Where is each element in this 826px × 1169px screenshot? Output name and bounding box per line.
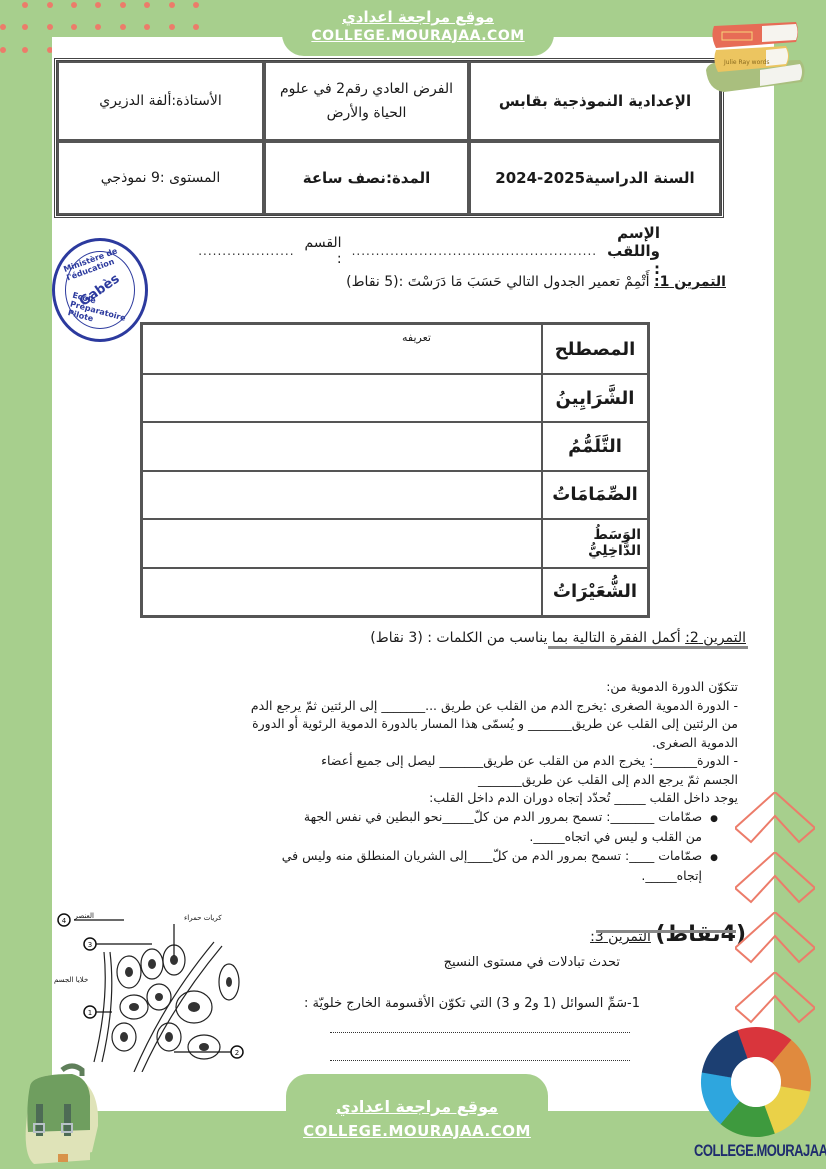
term-cell: الوَسَطُ الدَّاخِلِيُّ bbox=[542, 519, 648, 567]
paragraph-line: - الدورة الدموية الصغرى :يخرج الدم من ال… bbox=[140, 697, 738, 716]
level: المستوى :9 نموذجي bbox=[57, 141, 264, 215]
svg-text:خلايا الجسم: خلايا الجسم bbox=[54, 976, 88, 984]
answer-line[interactable] bbox=[330, 1032, 630, 1033]
definition-cell[interactable] bbox=[142, 568, 542, 616]
exam-title: الفرض العادي رقم2 في علوم الحياة والأرض bbox=[264, 61, 469, 141]
school-year: السنة الدراسية2025-2024 bbox=[469, 141, 721, 215]
site-banner-top[interactable]: موقع مراجعة اعدادي COLLEGE.MOURAJAA.COM bbox=[282, 0, 554, 56]
exercise2-label: التمرين 2: bbox=[685, 630, 746, 646]
term-cell: التَّلَمُّمُ bbox=[542, 422, 648, 470]
term-cell: الشَّرَايِينُ bbox=[542, 374, 648, 422]
paragraph-line: من الرئتين إلى القلب عن طريق_______ و يُ… bbox=[140, 715, 738, 734]
name-label: الإسم واللقب : bbox=[607, 224, 660, 278]
exercise2-instruction: أكمل الفقرة التالية بما يناسب من الكلمات… bbox=[370, 630, 680, 646]
student-info-line: الإسم واللقب : .........................… bbox=[230, 224, 660, 278]
footer-banner-domain[interactable]: COLLEGE.MOURAJAA.COM bbox=[286, 1118, 548, 1144]
svg-text:3: 3 bbox=[88, 941, 92, 949]
site-banner-arabic: موقع مراجعة اعدادي bbox=[282, 8, 554, 26]
terms-table: تعريفه المصطلح الشَّرَايِينُ التَّلَمُّم… bbox=[140, 322, 650, 618]
duration: المدة:نصف ساعة bbox=[264, 141, 469, 215]
chevron-up-icon bbox=[735, 972, 815, 1032]
chevron-up-icon bbox=[735, 852, 815, 912]
bullet-line-cont: إتجاه_____. bbox=[140, 867, 738, 886]
paragraph-line: الجسم ثمّ يرجع الدم إلى القلب عن طريق___… bbox=[140, 771, 738, 790]
paragraph-line: تتكوّن الدورة الدموية من: bbox=[140, 678, 738, 697]
term-cell: الشُّعَيْرَاتُ bbox=[542, 568, 648, 616]
bullet-line: صمّامات ____: تسمح بمرور الدم من كلّ____… bbox=[140, 847, 738, 868]
exercise3-body: تحدث تبادلات في مستوى النسيج 1-سَمِّ الس… bbox=[290, 955, 640, 1011]
definition-cell[interactable] bbox=[142, 471, 542, 519]
paragraph-line: يوجد داخل القلب _____ تُحدّد إتجاه دوران… bbox=[140, 789, 738, 808]
footer-logo-text[interactable]: COLLEGE.MOURAJAA.COM bbox=[694, 1141, 822, 1160]
svg-text:العنصر: العنصر bbox=[74, 912, 95, 920]
paragraph-line: الدموية الصغرى. bbox=[140, 734, 738, 753]
svg-text:1: 1 bbox=[88, 1009, 92, 1017]
definition-cell[interactable] bbox=[142, 422, 542, 470]
school-stamp: Ministère de l'éducation Gabès Ecole Pré… bbox=[52, 238, 148, 342]
exercise3-points: (4نقاط) bbox=[655, 922, 746, 947]
svg-text:4: 4 bbox=[62, 917, 67, 925]
svg-text:2: 2 bbox=[235, 1049, 239, 1057]
definition-cell[interactable] bbox=[142, 519, 542, 567]
tissue-diagram: 3124 العنصر كريات حمراء خلايا الجسم bbox=[54, 912, 244, 1072]
svg-text:كريات حمراء: كريات حمراء bbox=[184, 914, 222, 922]
chevron-up-icon bbox=[735, 792, 815, 852]
site-banner-domain[interactable]: COLLEGE.MOURAJAA.COM bbox=[282, 26, 554, 46]
exam-header-table: الأستاذة:ألفة الدزيري الفرض العادي رقم2 … bbox=[54, 58, 724, 218]
school-name: الإعدادية النموذجية بقابس bbox=[469, 61, 721, 141]
svg-text:Julie Ray words: Julie Ray words bbox=[723, 59, 770, 66]
definition-cell[interactable] bbox=[142, 374, 542, 422]
header-term: المصطلح bbox=[542, 324, 648, 374]
exercise1-title: التمرين 1: أَتْمِمْ تعمير الجدول التالي … bbox=[346, 274, 726, 290]
bullet-line-cont: من القلب و ليس في اتجاه_____. bbox=[140, 828, 738, 847]
class-field[interactable]: .................... bbox=[198, 244, 294, 258]
teacher-name: الأستاذة:ألفة الدزيري bbox=[57, 61, 264, 141]
class-label: القسم : bbox=[305, 235, 342, 267]
exercise1-label: التمرين 1: bbox=[654, 274, 726, 290]
divider bbox=[596, 930, 736, 933]
books-icon: Julie Ray words bbox=[700, 8, 812, 96]
name-field[interactable]: ........................................… bbox=[352, 244, 598, 258]
divider bbox=[548, 646, 748, 649]
term-cell: الصِّمَامَاتُ bbox=[542, 471, 648, 519]
footer-banner-arabic: موقع مراجعة اعدادي bbox=[286, 1096, 548, 1118]
chevron-up-icon bbox=[735, 912, 815, 972]
exercise3-intro: تحدث تبادلات في مستوى النسيج bbox=[290, 955, 640, 970]
header-definition: تعريفه bbox=[142, 324, 542, 374]
exercise1-instruction: أَتْمِمْ تعمير الجدول التالي حَسَبَ مَا … bbox=[346, 274, 649, 290]
backpack-icon bbox=[12, 1056, 98, 1166]
answer-line[interactable] bbox=[330, 1060, 630, 1061]
exercise2-title: التمرين 2: أكمل الفقرة التالية بما يناسب… bbox=[370, 630, 746, 646]
exercise3-title: (4نقاط) التمرين 3: bbox=[590, 922, 746, 947]
site-banner-bottom[interactable]: موقع مراجعة اعدادي COLLEGE.MOURAJAA.COM bbox=[286, 1074, 548, 1169]
education-wheel-logo bbox=[696, 1024, 816, 1142]
exercise2-paragraph: تتكوّن الدورة الدموية من: - الدورة الدمو… bbox=[140, 678, 738, 886]
paragraph-line: - الدورة_______: يخرج الدم من القلب عن ط… bbox=[140, 752, 738, 771]
bullet-line: صمّامات _______: تسمح بمرور الدم من كلّ_… bbox=[140, 808, 738, 829]
exercise3-question: 1-سَمِّ السوائل (1 و2 و 3) التي تكوّن ال… bbox=[290, 996, 640, 1011]
